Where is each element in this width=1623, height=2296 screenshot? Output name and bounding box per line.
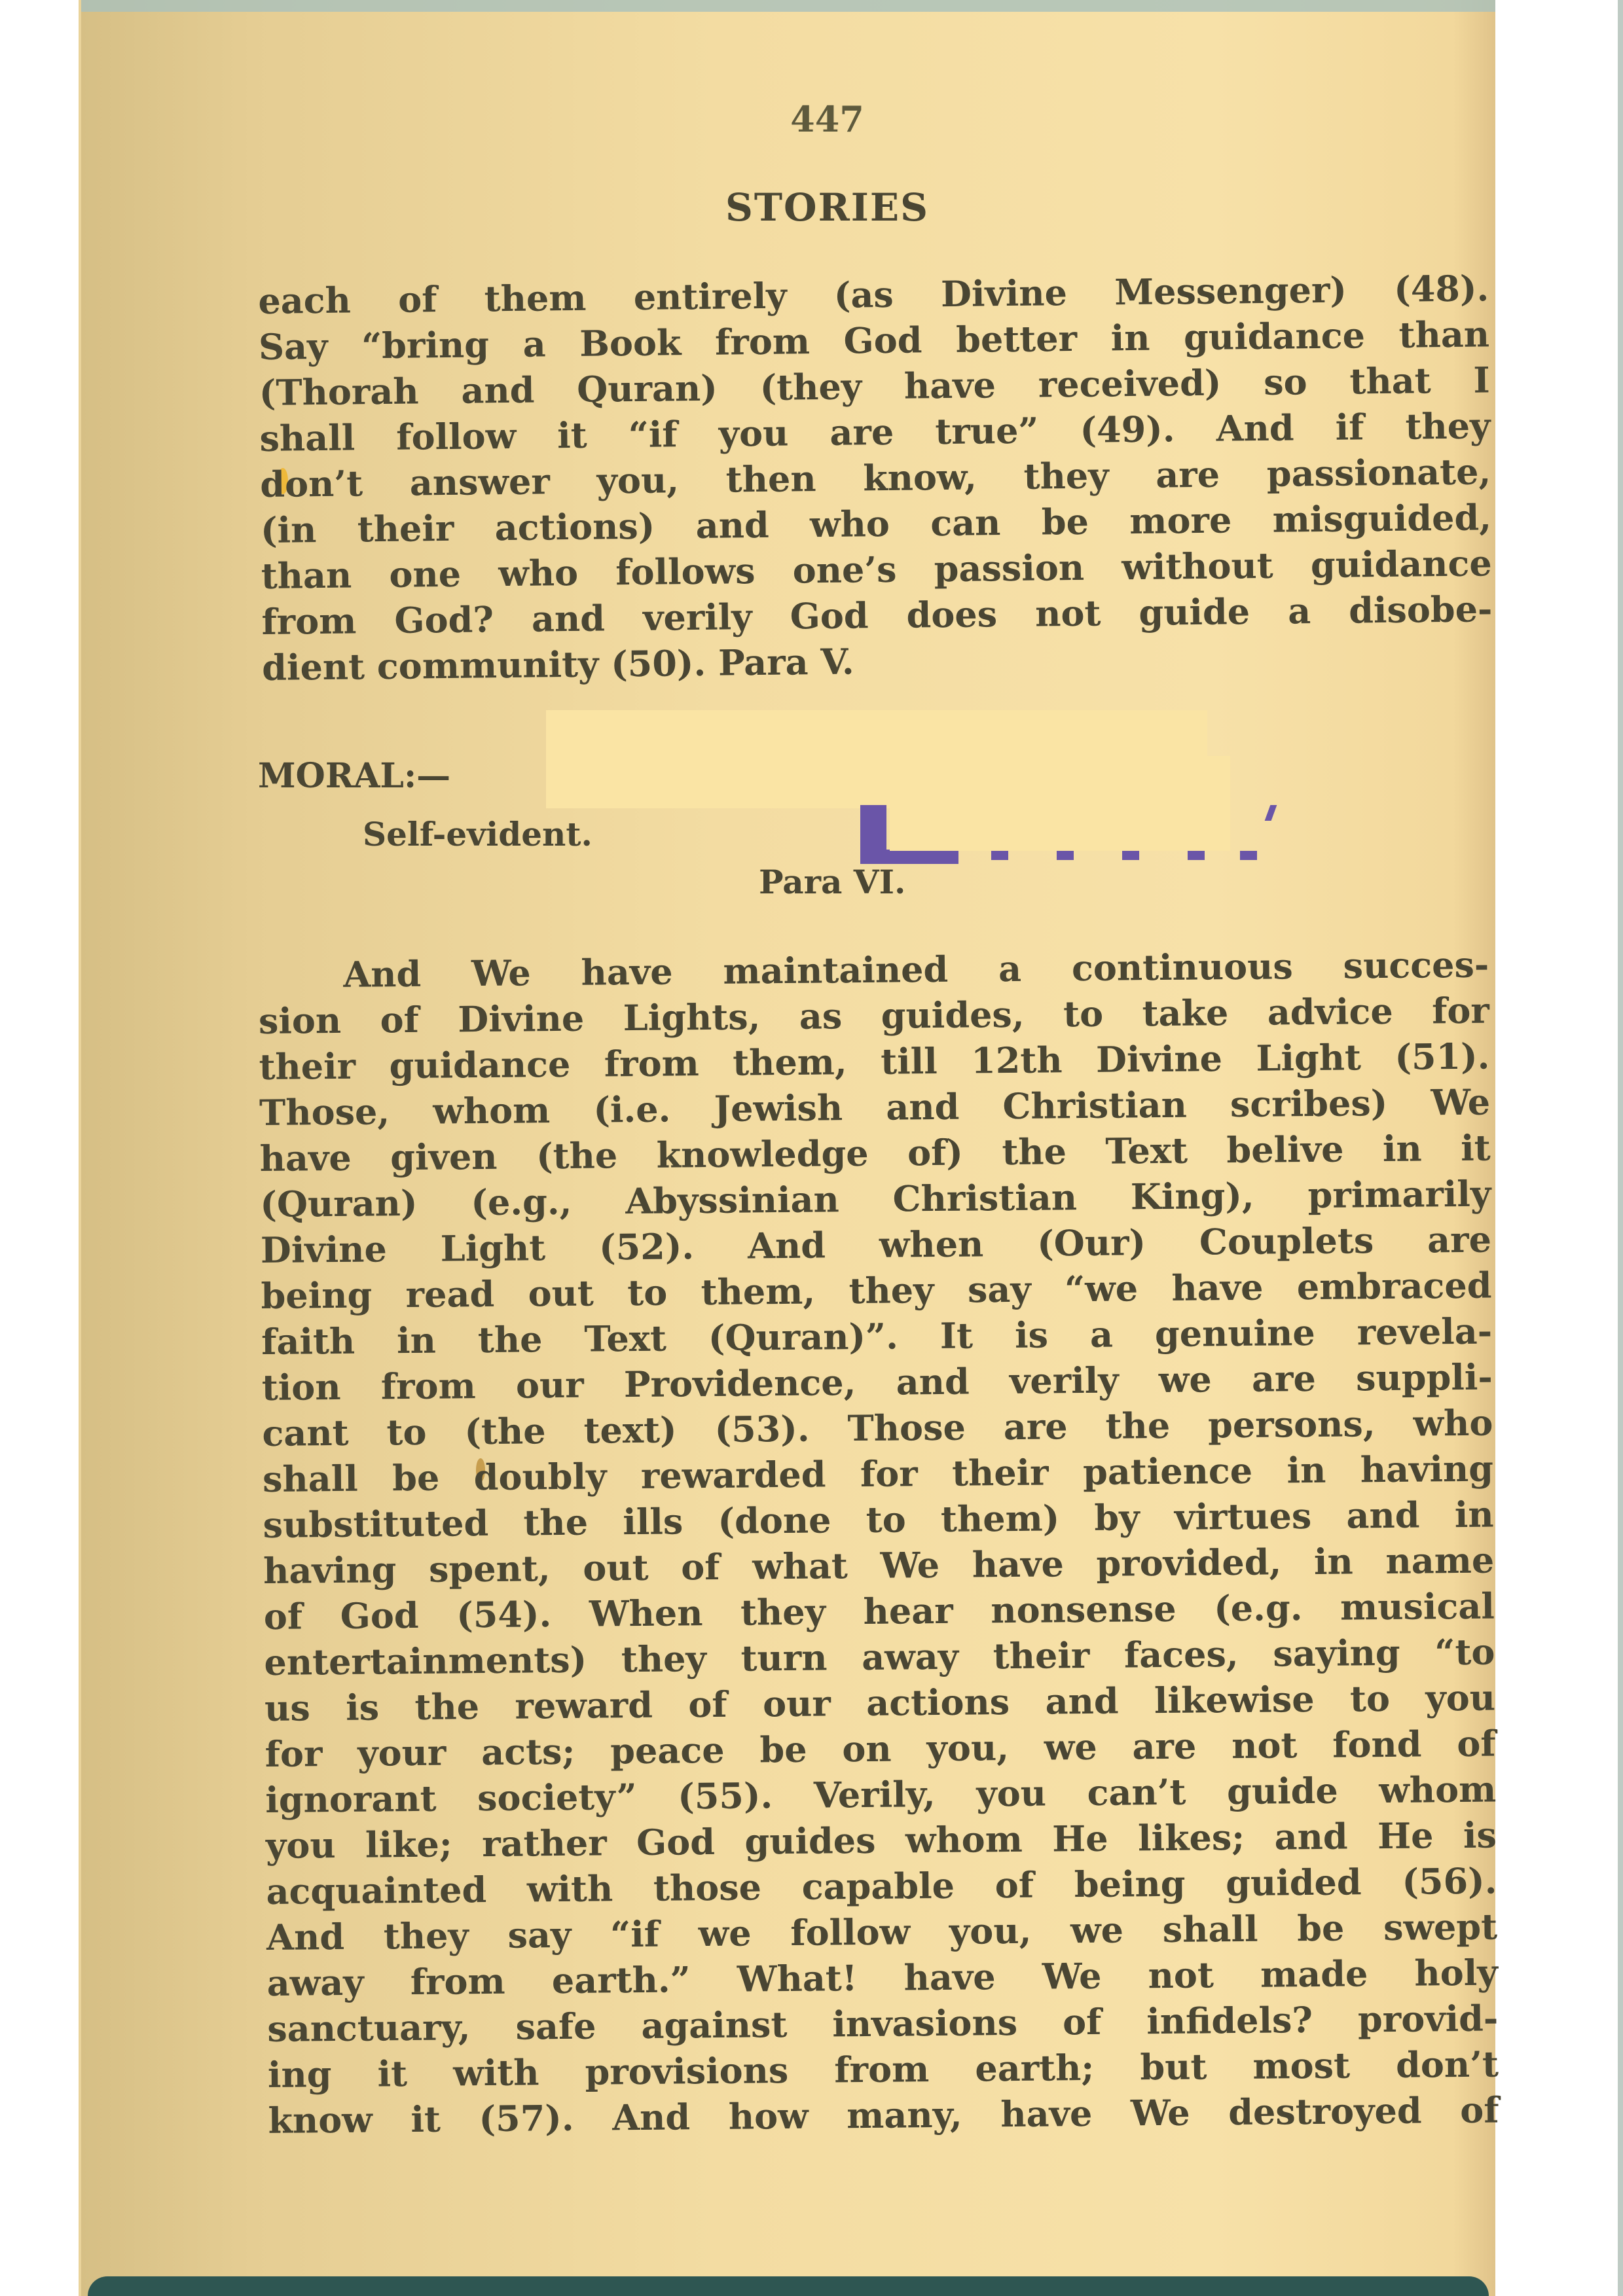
paragraph-1: each of them entirely (as Divine Messeng… [258,265,1493,691]
paragraph-2: And We have maintained a continuous succ… [258,942,1499,2144]
stamp-mark [1057,851,1074,860]
text-line: know it (57). And how many, have We dest… [268,2087,1499,2144]
para-v-marker: Para V. [718,640,854,683]
moral-text: Self-evident. [363,815,593,853]
stamp-mark [1265,805,1277,821]
para-vi-marker: Para VI. [759,863,905,901]
stamp-mark [1188,851,1205,860]
moral-heading: MORAL:— [258,756,450,796]
redacted-region [890,756,1230,851]
stamp-mark [1122,851,1139,860]
stamp-mark [991,851,1008,860]
stamp-mark [1240,851,1257,860]
book-page: 447 STORIES each of them entirely (as Di… [79,0,1495,2296]
text-line: dient community (50). [262,642,706,689]
scan-edge [1618,0,1623,2296]
stamp-mark [860,850,958,864]
page-number: 447 [81,98,1573,140]
section-title: STORIES [81,185,1573,230]
